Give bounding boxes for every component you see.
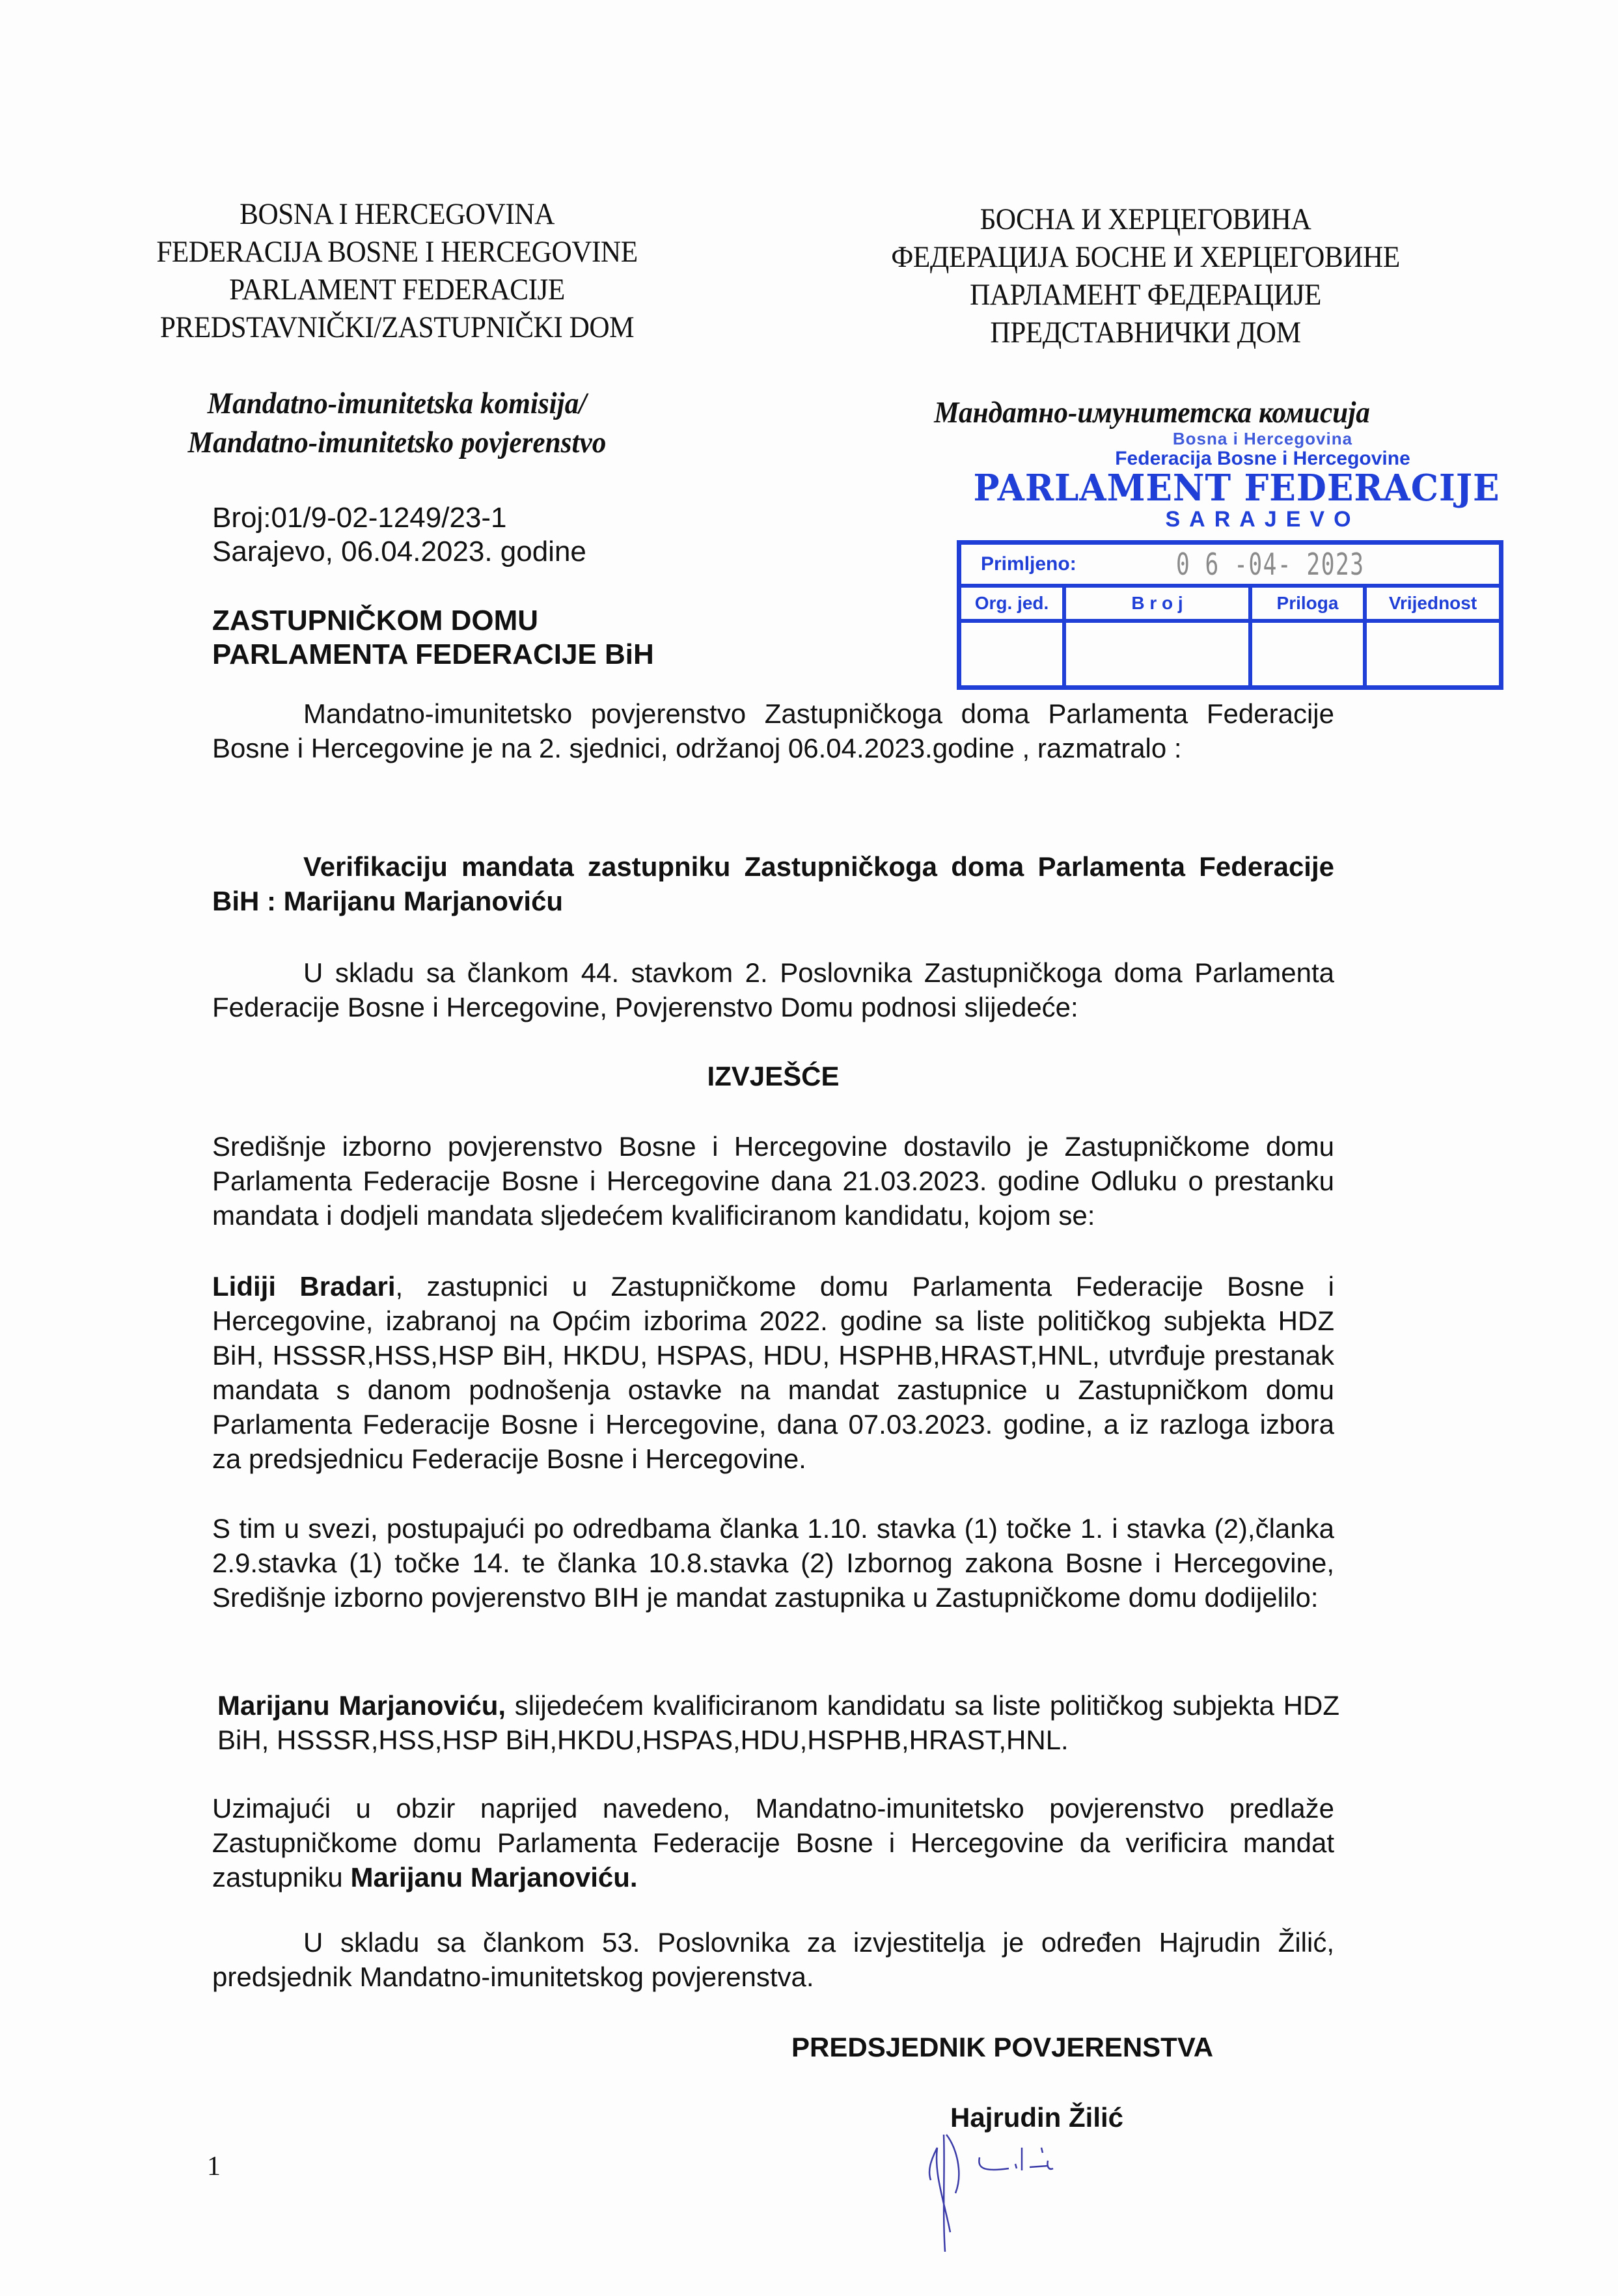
- handwritten-signature-icon: [918, 2122, 1165, 2252]
- paragraph-decision: Središnje izborno povjerenstvo Bosne i H…: [212, 1129, 1334, 1233]
- addressee: ZASTUPNIČKOM DOMU PARLAMENTA FEDERACIJE …: [212, 604, 654, 672]
- letterhead-line: PARLAMENT FEDERACIJE: [116, 271, 679, 308]
- stamp-line: Bosna i Hercegovina: [1009, 430, 1516, 448]
- stamp-org-name: PARLAMENT FEDERACIJE: [971, 470, 1503, 506]
- former-member-name: Lidiji Bradari: [212, 1271, 396, 1302]
- stamp-grid: Org. jed. B r o j Priloga Vrijednost: [961, 588, 1499, 685]
- stamp-column-cell: [1066, 623, 1248, 685]
- stamp-column-cell: [961, 623, 1062, 685]
- stamp-column-header: B r o j: [1066, 588, 1248, 623]
- stamp-column-header: Org. jed.: [961, 588, 1062, 623]
- stamp-column-cell: [1252, 623, 1363, 685]
- paragraph-proposal: Uzimajući u obzir naprijed navedeno, Man…: [212, 1791, 1334, 1894]
- stamp-column: Vrijednost: [1367, 588, 1499, 685]
- letterhead-line: ПРЕДСТАВНИЧКИ ДОМ: [852, 314, 1439, 351]
- stamp-column: Priloga: [1252, 588, 1367, 685]
- committee-name-cyrillic: Мандатно-имунитетска комисија: [883, 393, 1421, 432]
- stamp-column: B r o j: [1066, 588, 1252, 685]
- stamp-received-date: 0 6 -04- 2023: [1176, 547, 1365, 582]
- signature-title: PREDSJEDNIK POVJERENSTVA: [791, 2032, 1213, 2063]
- paragraph-new-member: Marijanu Marjanoviću, slijedećem kvalifi…: [212, 1688, 1339, 1757]
- paragraph-legal-basis: S tim u svezi, postupajući po odredbama …: [212, 1511, 1334, 1615]
- letterhead-line: FEDERACIJA BOSNE I HERCEGOVINE: [116, 233, 679, 271]
- letterhead-latin: BOSNA I HERCEGOVINA FEDERACIJA BOSNE I H…: [116, 195, 679, 346]
- intro-paragraph: Mandatno-imunitetsko povjerenstvo Zastup…: [212, 696, 1334, 765]
- stamp-received-row: Primljeno: 0 6 -04- 2023: [961, 545, 1499, 588]
- letterhead-line: PREDSTAVNIČKI/ZASTUPNIČKI DOM: [116, 308, 679, 346]
- committee-line: Mandatno-imunitetska komisija/: [116, 384, 679, 423]
- letterhead-cyrillic: БОСНА И ХЕРЦЕГОВИНА ФЕДЕРАЦИЈА БОСНЕ И Х…: [852, 200, 1439, 351]
- report-title: IZVJEŠĆE: [212, 1061, 1334, 1092]
- letterhead-line: BOSNA I HERCEGOVINA: [116, 195, 679, 233]
- letterhead-line: БОСНА И ХЕРЦЕГОВИНА: [852, 200, 1439, 238]
- stamp-city: SARAJEVO: [1009, 506, 1516, 532]
- reference-place-date: Sarajevo, 06.04.2023. godine: [212, 535, 586, 569]
- new-member-name: Marijanu Marjanoviću,: [217, 1690, 506, 1721]
- stamp-column-header: Priloga: [1252, 588, 1363, 623]
- addressee-line: ZASTUPNIČKOM DOMU: [212, 604, 654, 638]
- letterhead-line: ПАРЛАМЕНТ ФЕДЕРАЦИЈЕ: [852, 276, 1439, 314]
- committee-name-latin: Mandatno-imunitetska komisija/ Mandatno-…: [116, 384, 679, 462]
- stamp-received-label: Primljeno:: [961, 553, 1176, 575]
- reference-number: Broj:01/9-02-1249/23-1: [212, 501, 586, 535]
- letterhead-line: ФЕДЕРАЦИЈА БОСНЕ И ХЕРЦЕГОВИНЕ: [852, 238, 1439, 276]
- paragraph-rapporteur: U skladu sa člankom 53. Poslovnika za iz…: [212, 1925, 1334, 1994]
- paragraph-termination: Lidiji Bradari, zastupnici u Zastupničko…: [212, 1269, 1334, 1476]
- received-stamp: Bosna i Hercegovina Federacija Bosne i H…: [957, 430, 1516, 690]
- committee-line: Мандатно-имунитетска комисија: [883, 393, 1421, 432]
- subject-paragraph: Verifikaciju mandata zastupniku Zastupni…: [212, 849, 1334, 918]
- page-number: 1: [207, 2151, 221, 2182]
- stamp-column-header: Vrijednost: [1367, 588, 1499, 623]
- addressee-line: PARLAMENTA FEDERACIJE BiH: [212, 638, 654, 672]
- basis-paragraph: U skladu sa člankom 44. stavkom 2. Poslo…: [212, 955, 1334, 1024]
- stamp-column-cell: [1367, 623, 1499, 685]
- new-member-name: Marijanu Marjanoviću.: [350, 1862, 637, 1893]
- reference-block: Broj:01/9-02-1249/23-1 Sarajevo, 06.04.2…: [212, 501, 586, 569]
- stamp-column: Org. jed.: [961, 588, 1066, 685]
- stamp-table: Primljeno: 0 6 -04- 2023 Org. jed. B r o…: [957, 540, 1503, 690]
- committee-line: Mandatno-imunitetsko povjerenstvo: [116, 423, 679, 462]
